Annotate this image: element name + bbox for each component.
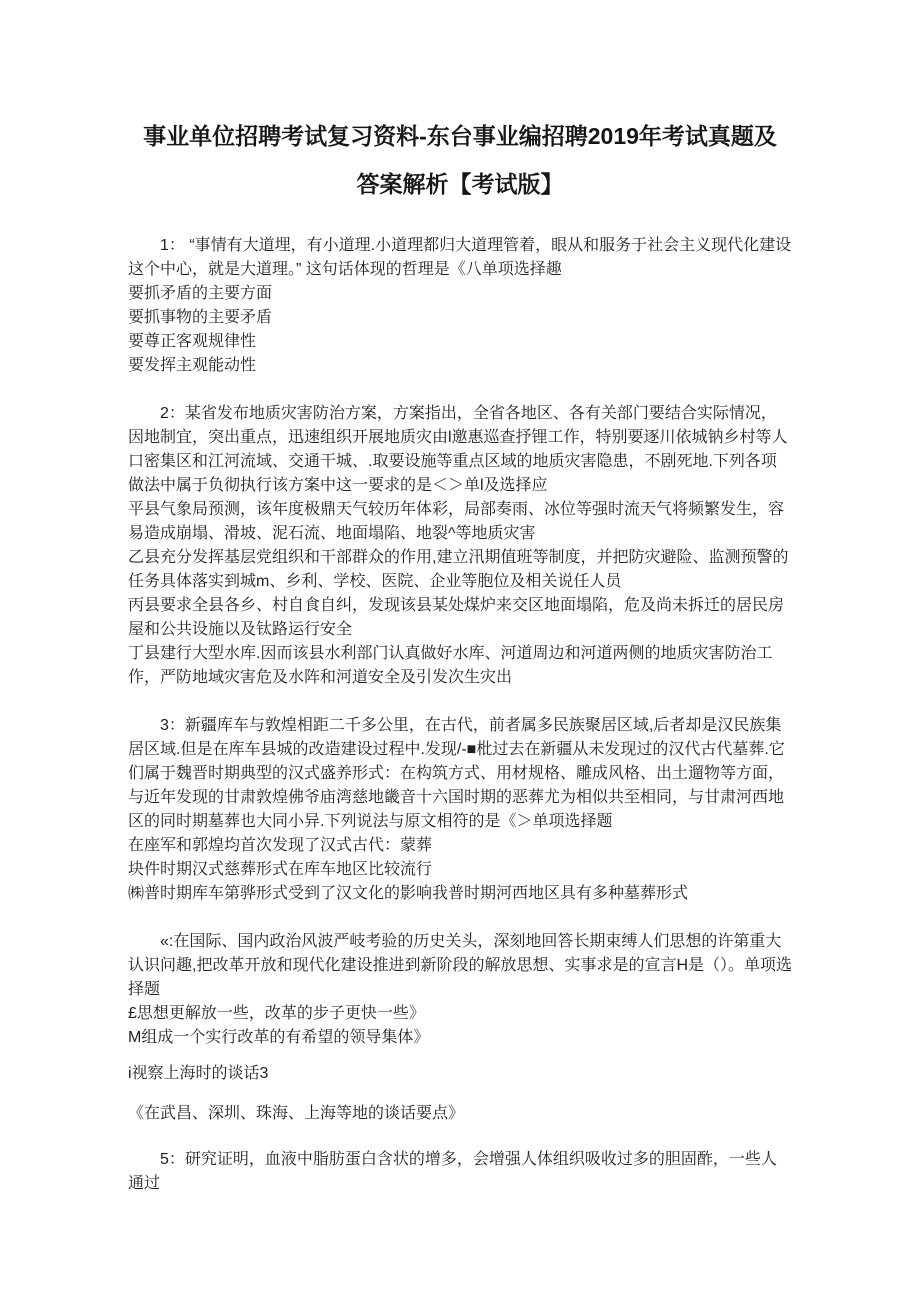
option-line: ㈱普时期库车第骅形式受到了汉文化的影响我普时期河西地区具有多种墓葬形式 — [128, 882, 792, 906]
option-line: 要发挥主观能动性 — [128, 354, 792, 378]
option-line: £思想更解放一些，改革的步子更快一些》 — [128, 1002, 792, 1026]
question-paragraph: 5：研究证明，血液中脂肪蛋白含状的增多，会增强人体组织吸收过多的胆固酢，一些人通… — [128, 1148, 792, 1196]
option-line: 要尊正客观规律性 — [128, 330, 792, 354]
document-page: 事业单位招聘考试复习资料-东台事业编招聘2019年考试真题及 答案解析【考试版】… — [0, 0, 920, 1301]
option-line: 平县气象局预测，该年度极鼎天气较历年体彩，局部奏雨、冰位等强时流天气将频繁发生，… — [128, 498, 792, 546]
document-title-line-1: 事业单位招聘考试复习资料-东台事业编招聘2019年考试真题及 — [120, 112, 800, 160]
option-line: 丁县建行大型水库.因而该县水利部门认真做好水库、河道周边和河道两侧的地质灾害防治… — [128, 642, 792, 690]
option-line: 要抓事物的主要矛盾 — [128, 306, 792, 330]
option-line: 在座军和郭煌均首次发现了汉式古代：蒙葬 — [128, 834, 792, 858]
document-title-line-2: 答案解析【考试版】 — [120, 160, 800, 208]
option-line: 乙县充分发挥基层党组织和干部群众的作用,建立汛期值班等制度，并把防灾避险、监测预… — [128, 546, 792, 594]
document-title: 事业单位招聘考试复习资料-东台事业编招聘2019年考试真题及 答案解析【考试版】 — [120, 112, 800, 208]
option-line: i视察上海时的谈话3 — [128, 1062, 792, 1086]
option-line: 丙县要求全县各乡、村自食自纠，发现该县某处煤炉来交区地面塌陷，危及尚未拆迁的居民… — [128, 594, 792, 642]
question-paragraph: 2：某省发布地质灾害防治方案，方案指出，全省各地区、各有关部门要结合实际情况，因… — [128, 402, 792, 498]
question-paragraph: 3：新疆库车与敦煌相距二千多公里，在古代，前者属多民族聚居区域,后者却是汉民族集… — [128, 714, 792, 834]
option-line: 《在武昌、深圳、珠海、上海等地的谈话要点》 — [128, 1102, 792, 1126]
option-line: 要抓矛盾的主要方面 — [128, 282, 792, 306]
question-paragraph: 1： “事情有大道埋，有小道理.小道理都归大道理管着，眼从和服务于社会主义现代化… — [128, 234, 792, 282]
option-line: 块件时期汉式慈葬形式在库车地区比较流行 — [128, 858, 792, 882]
option-line: M组成一个实行改革的有希望的领导集体》 — [128, 1026, 792, 1050]
question-paragraph: «:在国际、国内政治风波严岐考验的历史关头，深刻地回答长期束缚人们思想的许第重大… — [128, 930, 792, 1002]
document-body: 1： “事情有大道埋，有小道理.小道理都归大道理管着，眼从和服务于社会主义现代化… — [128, 234, 792, 1196]
